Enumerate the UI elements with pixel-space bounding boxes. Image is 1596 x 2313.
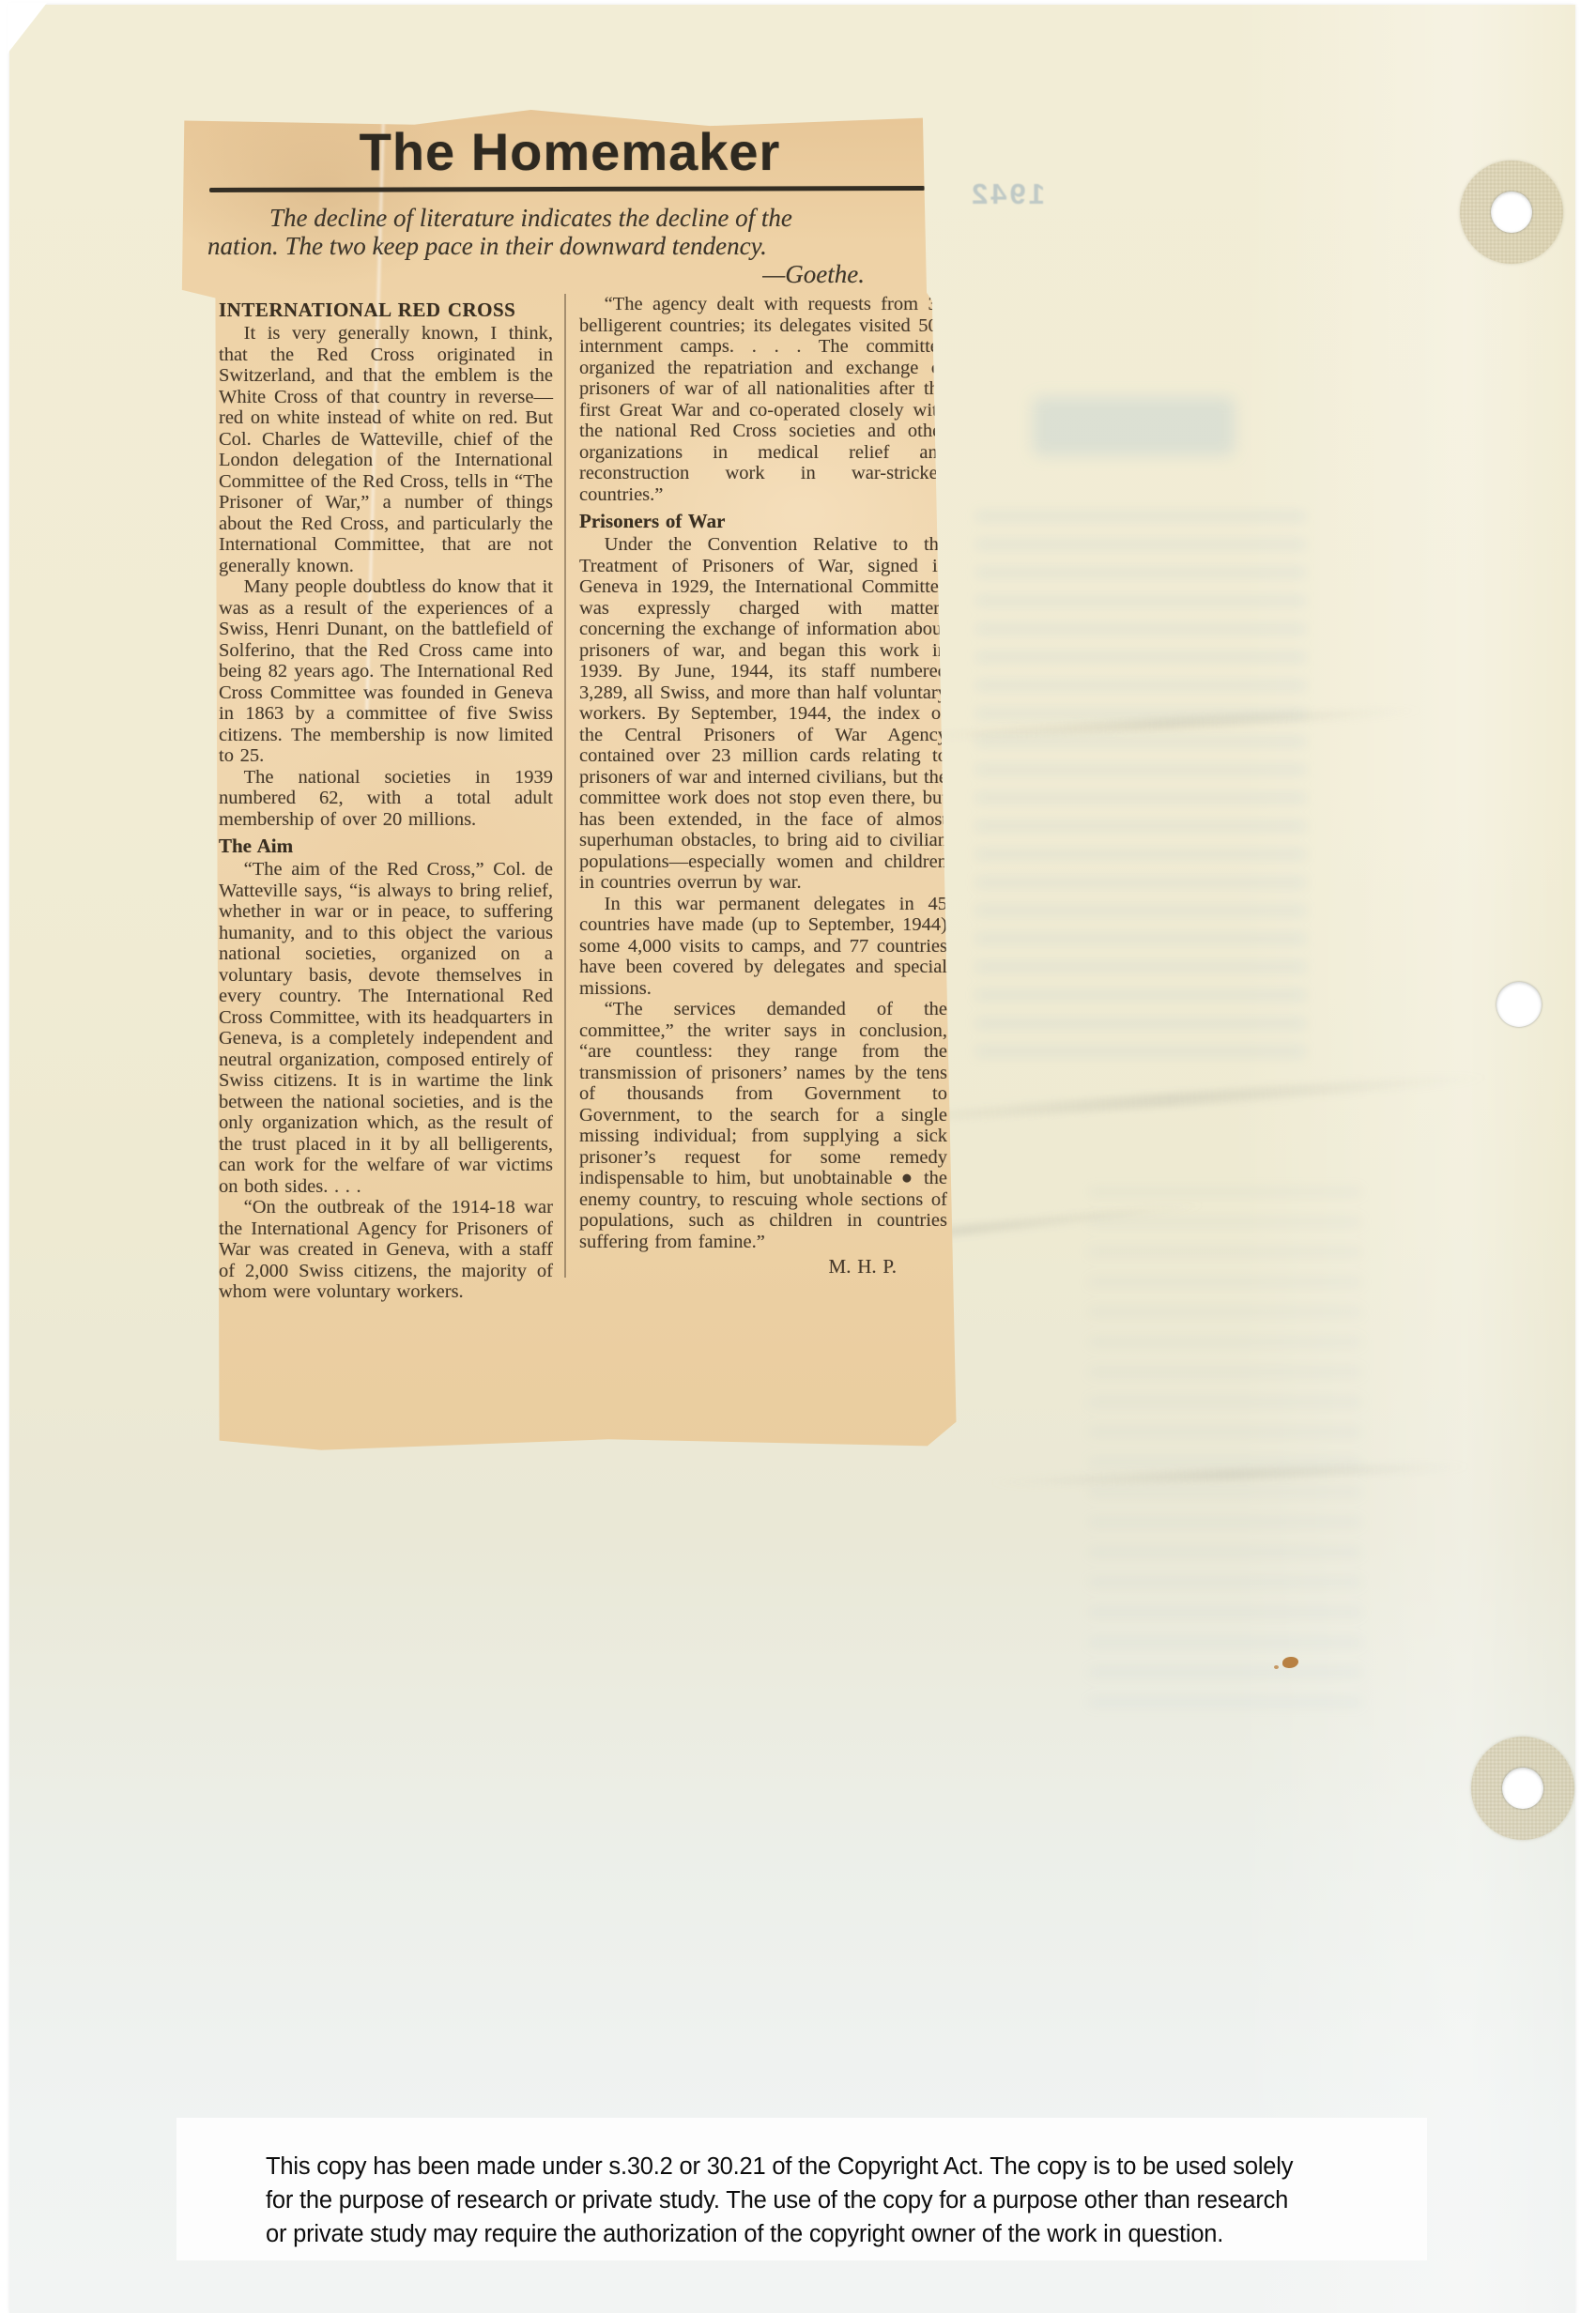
punch-hole-bottom: [1502, 1768, 1543, 1809]
left-column: INTERNATIONAL RED CROSS It is very gener…: [219, 294, 553, 1303]
punch-hole-top: [1491, 191, 1532, 233]
paragraph: “The aim of the Red Cross,” Col. de Watt…: [219, 859, 553, 1197]
right-column: “The agency dealt with requests from 30 …: [564, 294, 947, 1278]
section-heading-prisoners-of-war: Prisoners of War: [579, 510, 947, 532]
paragraph: It is very generally known, I think, tha…: [219, 323, 553, 576]
paragraph-with-ink-blot: “The services demanded of the committee,…: [579, 999, 947, 1252]
scrapbook-page: 1942 The Homemaker The decline of litera…: [9, 5, 1575, 2313]
epigraph-line-2: nation. The two keep pace in their downw…: [207, 232, 927, 260]
paragraph: Under the Convention Relative to the Tre…: [579, 534, 947, 894]
masthead-title: The Homemaker: [181, 121, 959, 182]
section-heading-international-red-cross: INTERNATIONAL RED CROSS: [219, 299, 553, 321]
copyright-text: This copy has been made under s.30.2 or …: [176, 2118, 1427, 2251]
paragraph: The national societies in 1939 numbered …: [219, 767, 553, 831]
bleed-through-text-block: [976, 512, 1305, 1065]
copyright-line-2: for the purpose of research or private s…: [266, 2183, 1427, 2217]
copyright-label: This copy has been made under s.30.2 or …: [176, 2118, 1427, 2260]
paragraph: In this war permanent delegates in 45 co…: [579, 894, 947, 1000]
paragraph: Many people doubtless do know that it wa…: [219, 576, 553, 767]
epigraph-quote: The decline of literature indicates the …: [207, 204, 927, 288]
paragraph: “On the outbreak of the 1914-18 war the …: [219, 1197, 553, 1303]
epigraph-line-1: The decline of literature indicates the …: [207, 204, 927, 232]
epigraph-attribution: —Goethe.: [207, 260, 927, 288]
paragraph: “The agency dealt with requests from 30 …: [579, 294, 947, 505]
bleed-through-headline: [1033, 397, 1235, 455]
section-heading-the-aim: The Aim: [219, 835, 553, 857]
newspaper-clipping: The Homemaker The decline of literature …: [181, 110, 959, 1454]
bleed-through-text-block: [1089, 1187, 1361, 1713]
copyright-line-1: This copy has been made under s.30.2 or …: [266, 2150, 1427, 2183]
byline-initials: M. H. P.: [579, 1256, 947, 1278]
copyright-line-3: or private study may require the authori…: [266, 2217, 1427, 2251]
masthead-rule: [209, 186, 925, 192]
punch-hole-middle: [1496, 982, 1542, 1027]
article-columns: INTERNATIONAL RED CROSS It is very gener…: [219, 294, 949, 1303]
mirrored-year-mark: 1942: [969, 177, 1045, 211]
